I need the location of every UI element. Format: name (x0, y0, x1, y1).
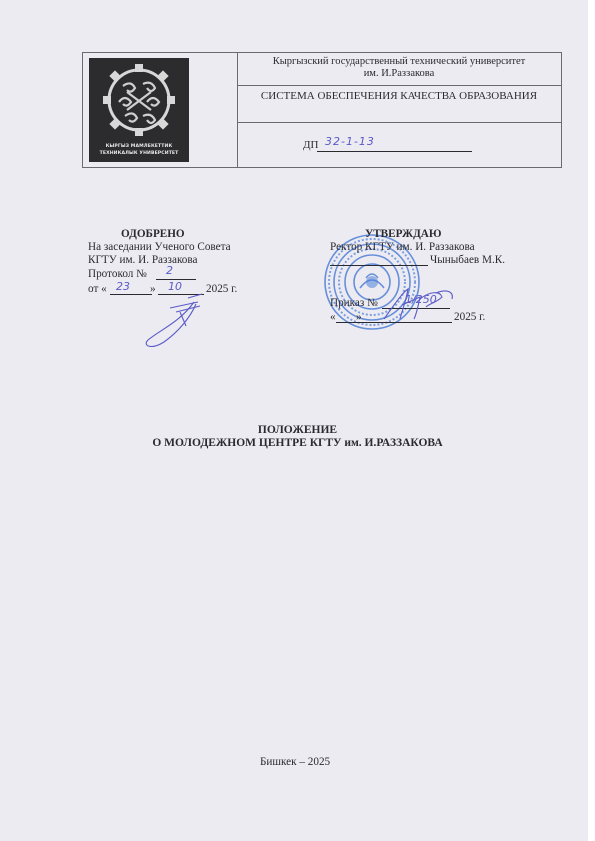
document-code-row: ДП 32-1-13 (237, 123, 561, 167)
signer-underline (330, 265, 428, 266)
logo-caption-line2: ТЕХНИКАЛЫК УНИВЕРСИТЕТ (89, 151, 189, 156)
gear-ornament-icon (89, 58, 189, 140)
approved-heading: ОДОБРЕНО (121, 228, 185, 241)
document-code-label: ДП (303, 139, 318, 151)
confirmed-heading: УТВЕРЖДАЮ (365, 228, 441, 241)
signer-name: Чыныбаев М.К. (430, 254, 505, 267)
order-label: Приказ № (330, 297, 378, 310)
protocol-number: 2 (166, 264, 173, 277)
university-name-row: Кыргызский государственный технический у… (237, 53, 561, 86)
document-title-line1: ПОЛОЖЕНИЕ (0, 424, 595, 437)
document-header-table: КЫРГЫЗ МАМЛЕКЕТТИК ТЕХНИКАЛЫК УНИВЕРСИТЕ… (82, 52, 562, 168)
document-title-line2: О МОЛОДЕЖНОМ ЦЕНТРЕ КГТУ им. И.РАЗЗАКОВА (0, 437, 595, 450)
approved-line2: КГТУ им. И. Раззакова (88, 254, 198, 267)
approved-line1: На заседании Ученого Совета (88, 241, 231, 254)
approved-date-prefix: от « (88, 283, 107, 296)
university-name-line2: им. И.Раззакова (237, 68, 561, 80)
confirmed-date-prefix: « (330, 311, 336, 324)
university-name-line1: Кыргызский государственный технический у… (237, 56, 561, 68)
university-logo: КЫРГЫЗ МАМЛЕКЕТТИК ТЕХНИКАЛЫК УНИВЕРСИТЕ… (89, 58, 189, 162)
approved-signature-icon (140, 292, 210, 352)
system-title: СИСТЕМА ОБЕСПЕЧЕНИЯ КАЧЕСТВА ОБРАЗОВАНИЯ (237, 86, 561, 123)
header-info-cell: Кыргызский государственный технический у… (237, 53, 561, 167)
logo-cell: КЫРГЫЗ МАМЛЕКЕТТИК ТЕХНИКАЛЫК УНИВЕРСИТЕ… (83, 53, 238, 167)
confirmed-line1: Ректор КГТУ им. И. Раззакова (330, 241, 475, 254)
place-year: Бишкек – 2025 (260, 756, 330, 769)
document-code-underline (317, 151, 472, 152)
logo-caption-line1: КЫРГЫЗ МАМЛЕКЕТТИК (89, 144, 189, 149)
document-code-value: 32-1-13 (325, 135, 375, 148)
document-page: КЫРГЫЗ МАМЛЕКЕТТИК ТЕХНИКАЛЫК УНИВЕРСИТЕ… (0, 0, 588, 841)
approved-date-year: 2025 г. (206, 283, 237, 296)
approved-day: 23 (116, 280, 130, 293)
rector-signature-icon (380, 285, 460, 325)
